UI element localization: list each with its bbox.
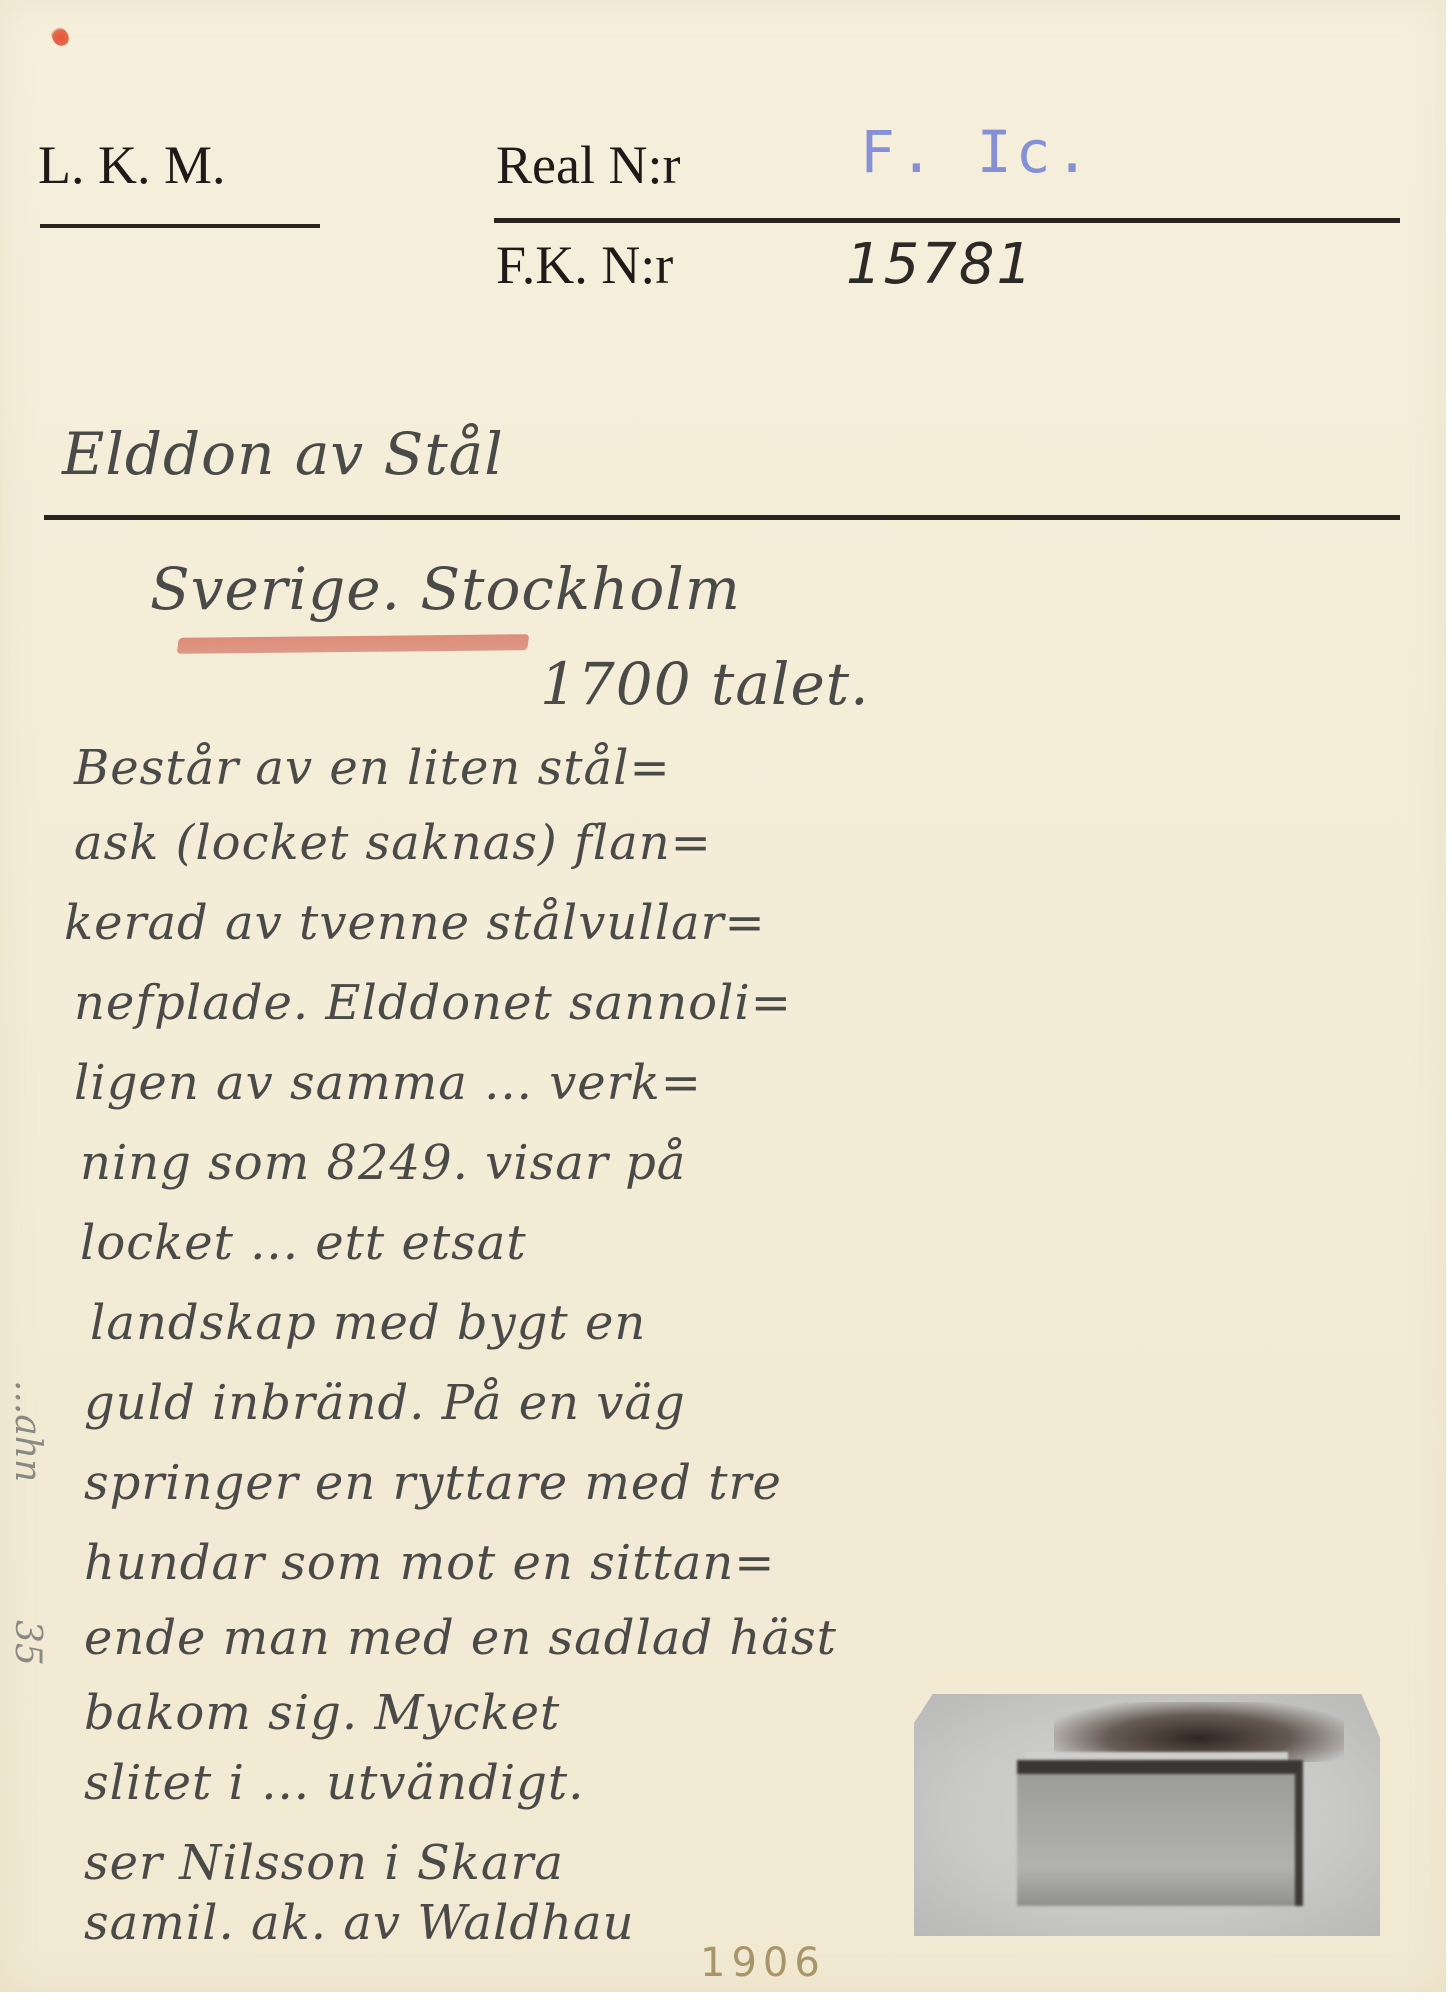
- catalog-card: L. K. M. Real N:r F. Ic. F.K. N:r 15781 …: [0, 0, 1446, 1992]
- description-line: ende man med en sadlad häst: [84, 1610, 837, 1666]
- description-line: kerad av tvenne stålvullar=: [64, 895, 766, 951]
- fk-nr-value: 15781: [846, 232, 1034, 297]
- description-line: landskap med bygt en: [90, 1295, 646, 1351]
- institution-underline: [40, 224, 320, 228]
- red-check-mark: [49, 24, 71, 48]
- origin-period: 1700 talet.: [540, 650, 870, 718]
- real-nr-value: F. Ic.: [860, 118, 1094, 186]
- description-line: ligen av samma ... verk=: [74, 1055, 702, 1111]
- description-line: locket ... ett etsat: [80, 1215, 527, 1271]
- description-line: ask (locket saknas) flan=: [74, 815, 712, 871]
- margin-note-upper: ...ahn: [7, 1380, 48, 1482]
- description-line: hundar som mot en sittan=: [84, 1535, 775, 1591]
- description-line: bakom sig. Mycket: [84, 1685, 560, 1741]
- description-line: samil. ak. av Waldhau: [84, 1895, 635, 1951]
- description-line: nefplade. Elddonet sannoli=: [74, 975, 792, 1031]
- real-nr-label: Real N:r: [496, 138, 680, 192]
- margin-note-lower: 35: [7, 1620, 48, 1666]
- photo-steel-box: [1017, 1760, 1303, 1906]
- description-line: guld inbränd. På en väg: [84, 1375, 686, 1431]
- header-rule: [494, 218, 1400, 223]
- institution-label: L. K. M.: [38, 138, 226, 192]
- description-line: ning som 8249. visar på: [80, 1135, 686, 1191]
- description-line: springer en ryttare med tre: [84, 1455, 782, 1511]
- origin-place: Sverige. Stockholm: [150, 555, 741, 623]
- red-underline-mark: [177, 634, 530, 654]
- title-rule: [44, 515, 1400, 520]
- description-line: Består av en liten stål=: [74, 740, 671, 796]
- year-note: 1906: [700, 1940, 826, 1986]
- object-photograph: [914, 1694, 1380, 1936]
- object-title: Elddon av Stål: [62, 420, 504, 488]
- fk-nr-label: F.K. N:r: [496, 238, 673, 292]
- description-line: slitet i ... utvändigt.: [84, 1755, 584, 1811]
- description-line: ser Nilsson i Skara: [84, 1835, 564, 1891]
